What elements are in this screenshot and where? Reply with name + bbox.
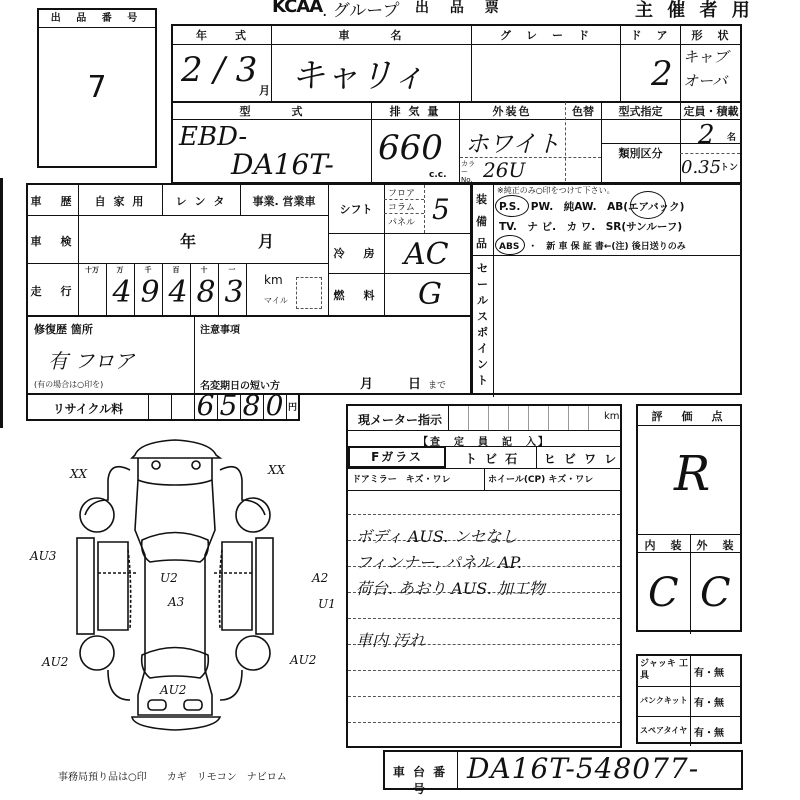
aircon-value: AC [404, 237, 449, 272]
displacement-value: 660 [378, 128, 443, 168]
sales-point-label: セールスポイント [477, 261, 489, 389]
car-name-value: キャリィ [291, 48, 426, 97]
history-block: 車 歴 自 家 用 レ ン タ 事業. 営業車 車 検 年 月 走 行 km マ… [26, 183, 472, 395]
recycle-label: リサイクル料 [28, 400, 148, 417]
shape-value-2: オーバ [683, 70, 727, 91]
chassis-value: DA16T-548077- [467, 752, 699, 785]
inspection-label: 車 検 [28, 233, 78, 249]
mileage-unit-km: km [264, 273, 283, 287]
doors-label: ド ア [620, 27, 680, 43]
year-value: 2 / 3 [181, 50, 257, 90]
lot-label: 出 品 番 号 [39, 10, 155, 28]
year-label: 年 式 [173, 27, 271, 43]
recycle-digit: 0 [263, 389, 286, 422]
aircon-label: 冷 房 [328, 245, 384, 261]
damage-annotation: AU2 [159, 683, 186, 697]
exterior-label: 外 装 [690, 537, 742, 553]
capacity-load-unit: トン [720, 160, 738, 173]
color-no-value: 26U [483, 158, 525, 182]
meter-input[interactable] [448, 406, 602, 430]
glass-option-crack[interactable]: ヒ ビ ワ レ [538, 450, 624, 467]
exterior-color-value: ホワイト [465, 124, 560, 159]
glass-label: Fガラス [348, 446, 446, 468]
history-option-private[interactable]: 自 家 用 [78, 193, 162, 209]
recycle-digit: 8 [240, 389, 263, 422]
damage-annotation: U2 [160, 571, 178, 585]
equipment-line-3[interactable]: ABS ・ 新 車 保 証 書←(注) 後日送りのみ [499, 239, 686, 252]
chassis-box: 車 台 番 号 DA16T-548077- [383, 750, 743, 790]
model-label: 型 式 [173, 103, 371, 119]
accessories-box: ジャッキ 工 具 有・無 パンクキット 有・無 スペアタイヤ 有・無 [636, 654, 742, 744]
interior-label: 内 装 [638, 537, 690, 553]
car-damage-diagram: XXXXAU3U2A3A2U1AU2AU2AU2 [20, 430, 350, 740]
capacity-persons-unit: 名 [727, 130, 736, 143]
chassis-label: 車 台 番 号 [385, 763, 455, 797]
accessory-spare-tire-label: スペアタイヤ [640, 725, 687, 736]
mileage-digit: 4 [108, 275, 136, 310]
left-edge-line [0, 178, 3, 428]
vehicle-info-table: 年 式 車 名 グ レ ー ド ド ア 形 状 2 / 3 月 キャリィ 2 キ… [171, 24, 742, 184]
mileage-digit-label: 百 [162, 265, 190, 275]
score-box: 評 価 点 R 内 装 外 装 C C [636, 404, 742, 632]
damage-annotation: XX [69, 467, 88, 481]
circle-ab [630, 191, 666, 219]
mileage-digit-label: 十万 [78, 265, 106, 275]
inspection-month-unit: 月 [258, 229, 274, 252]
inspection-year-unit: 年 [180, 229, 196, 252]
inspector-remark: 車内 汚れ [356, 628, 425, 651]
accessory-jack-label: ジャッキ 工 具 [640, 658, 688, 682]
accessory-puncture-kit-value[interactable]: 有・無 [694, 694, 724, 709]
meter-unit: km [604, 411, 620, 422]
lot-value: 7 [39, 70, 155, 105]
inspector-remark: フィンナー. パネル AP. [356, 550, 522, 573]
shape-label: 形 状 [680, 27, 742, 43]
recycle-unit: 円 [288, 400, 297, 413]
circle-ps [495, 195, 529, 217]
mileage-label: 走 行 [28, 283, 78, 299]
score-value: R [674, 446, 710, 502]
circle-abs [495, 235, 525, 255]
shift-option-panel[interactable]: パネル [388, 215, 415, 228]
exterior-value: C [700, 570, 731, 616]
equipment-block: 装備品 ※純正のみ○印をつけて下さい。 P.S. PW. 純AW. AB(エアバ… [472, 183, 742, 395]
damage-annotation: AU2 [41, 655, 68, 669]
name-change-day: 日 [408, 373, 421, 392]
recycle-digit: 6 [194, 389, 217, 422]
capacity-load: 0.35 [681, 157, 721, 178]
damage-annotation: U1 [318, 597, 336, 611]
doors-value: 2 [651, 54, 673, 94]
damage-annotation: A2 [311, 571, 328, 585]
damage-annotation: AU3 [29, 549, 57, 563]
color-change-label: 色替 [565, 103, 601, 119]
shape-value-1: キャブ [683, 46, 728, 67]
repair-value: 有 フロア [48, 345, 134, 374]
mileage-digit: 8 [192, 275, 220, 310]
damage-annotation: A3 [167, 595, 185, 609]
shift-value: 5 [432, 193, 450, 226]
inspector-remark: ボディ AUS. ンセなし [356, 524, 517, 547]
header-title: 出 品 票 [415, 0, 507, 17]
inspector-box: 現メーター指示 km 【査 定 員 記 入】 Fガラス ト ビ 石 ヒ ビ ワ … [346, 404, 622, 748]
equipment-label: 装備品 [476, 189, 490, 255]
capacity-label: 定員・積載 [680, 103, 742, 119]
mileage-digit: 4 [164, 275, 192, 310]
repair-note: (有の場合は○印を) [34, 379, 103, 390]
wheel-label[interactable]: ホイール(CP) キズ・ワレ [488, 472, 593, 485]
shift-label: シフト [328, 201, 384, 217]
history-option-business[interactable]: 事業. 営業車 [240, 193, 328, 209]
mileage-unit-mile: マイル [264, 295, 288, 306]
grade-label: グ レ ー ド [471, 27, 620, 43]
accessory-puncture-kit-label: パンクキット [640, 695, 688, 706]
mileage-digit-label: 万 [106, 265, 134, 275]
damage-annotation: XX [267, 463, 286, 477]
office-items: 事務局預り品は○印 カギ リモコン ナビロム [58, 768, 287, 783]
type-designation-label: 型式指定 [601, 103, 680, 119]
shift-option-column[interactable]: コラム [388, 200, 415, 213]
accessory-jack-value[interactable]: 有・無 [694, 664, 724, 679]
meter-label: 現メーター指示 [358, 411, 442, 428]
class-division-label: 類別区分 [601, 145, 680, 161]
fuel-label: 燃 料 [328, 287, 384, 303]
recycle-digit: 5 [217, 389, 240, 422]
shift-option-floor[interactable]: フロア [388, 186, 415, 199]
header-brand: KCAA [272, 0, 322, 17]
exterior-color-label: 外装色 [459, 103, 565, 119]
mirror-label[interactable]: ドアミラー キズ・ワレ [352, 472, 451, 485]
fuel-value: G [418, 277, 442, 312]
name-change-month: 月 [360, 373, 373, 392]
color-no-label: カラーNo. [461, 160, 477, 184]
equipment-line-2[interactable]: TV. ナ ビ. カ ワ. SR(サンルーフ) [499, 219, 682, 234]
mileage-digit: 3 [220, 275, 248, 310]
name-change-until: まで [428, 378, 446, 391]
displacement-label: 排 気 量 [371, 103, 459, 119]
mileage-digit-label: 千 [134, 265, 162, 275]
accessory-spare-tire-value[interactable]: 有・無 [694, 724, 724, 739]
inspector-remark: 荷台. あおり AUS. 加工物 [356, 576, 545, 599]
glass-option-chip[interactable]: ト ビ 石 [448, 450, 536, 467]
notes-label: 注意事項 [200, 321, 240, 336]
recycle-box: リサイクル料 円 6580 [26, 395, 300, 421]
year-month-unit: 月 [259, 82, 270, 98]
damage-annotation: AU2 [289, 653, 316, 667]
header-group: . グループ [322, 0, 399, 21]
history-label: 車 歴 [28, 193, 78, 209]
mileage-digit-label: 十 [190, 265, 218, 275]
repair-label: 修復歴 箇所 [34, 321, 93, 337]
displacement-unit: c.c. [429, 170, 447, 180]
lot-box: 出 品 番 号 7 [37, 8, 157, 168]
interior-value: C [648, 570, 679, 616]
capacity-persons: 2 [698, 120, 715, 150]
model-value-2: DA16T- [231, 148, 334, 181]
mile-checkbox[interactable] [296, 277, 322, 309]
history-option-rental[interactable]: レ ン タ [162, 193, 240, 209]
header-role: 主 催 者 用 [635, 0, 754, 22]
mileage-digit: 9 [136, 275, 164, 310]
car-name-label: 車 名 [271, 27, 471, 43]
mileage-digit-label: 一 [218, 265, 246, 275]
score-label: 評 価 点 [638, 408, 740, 424]
